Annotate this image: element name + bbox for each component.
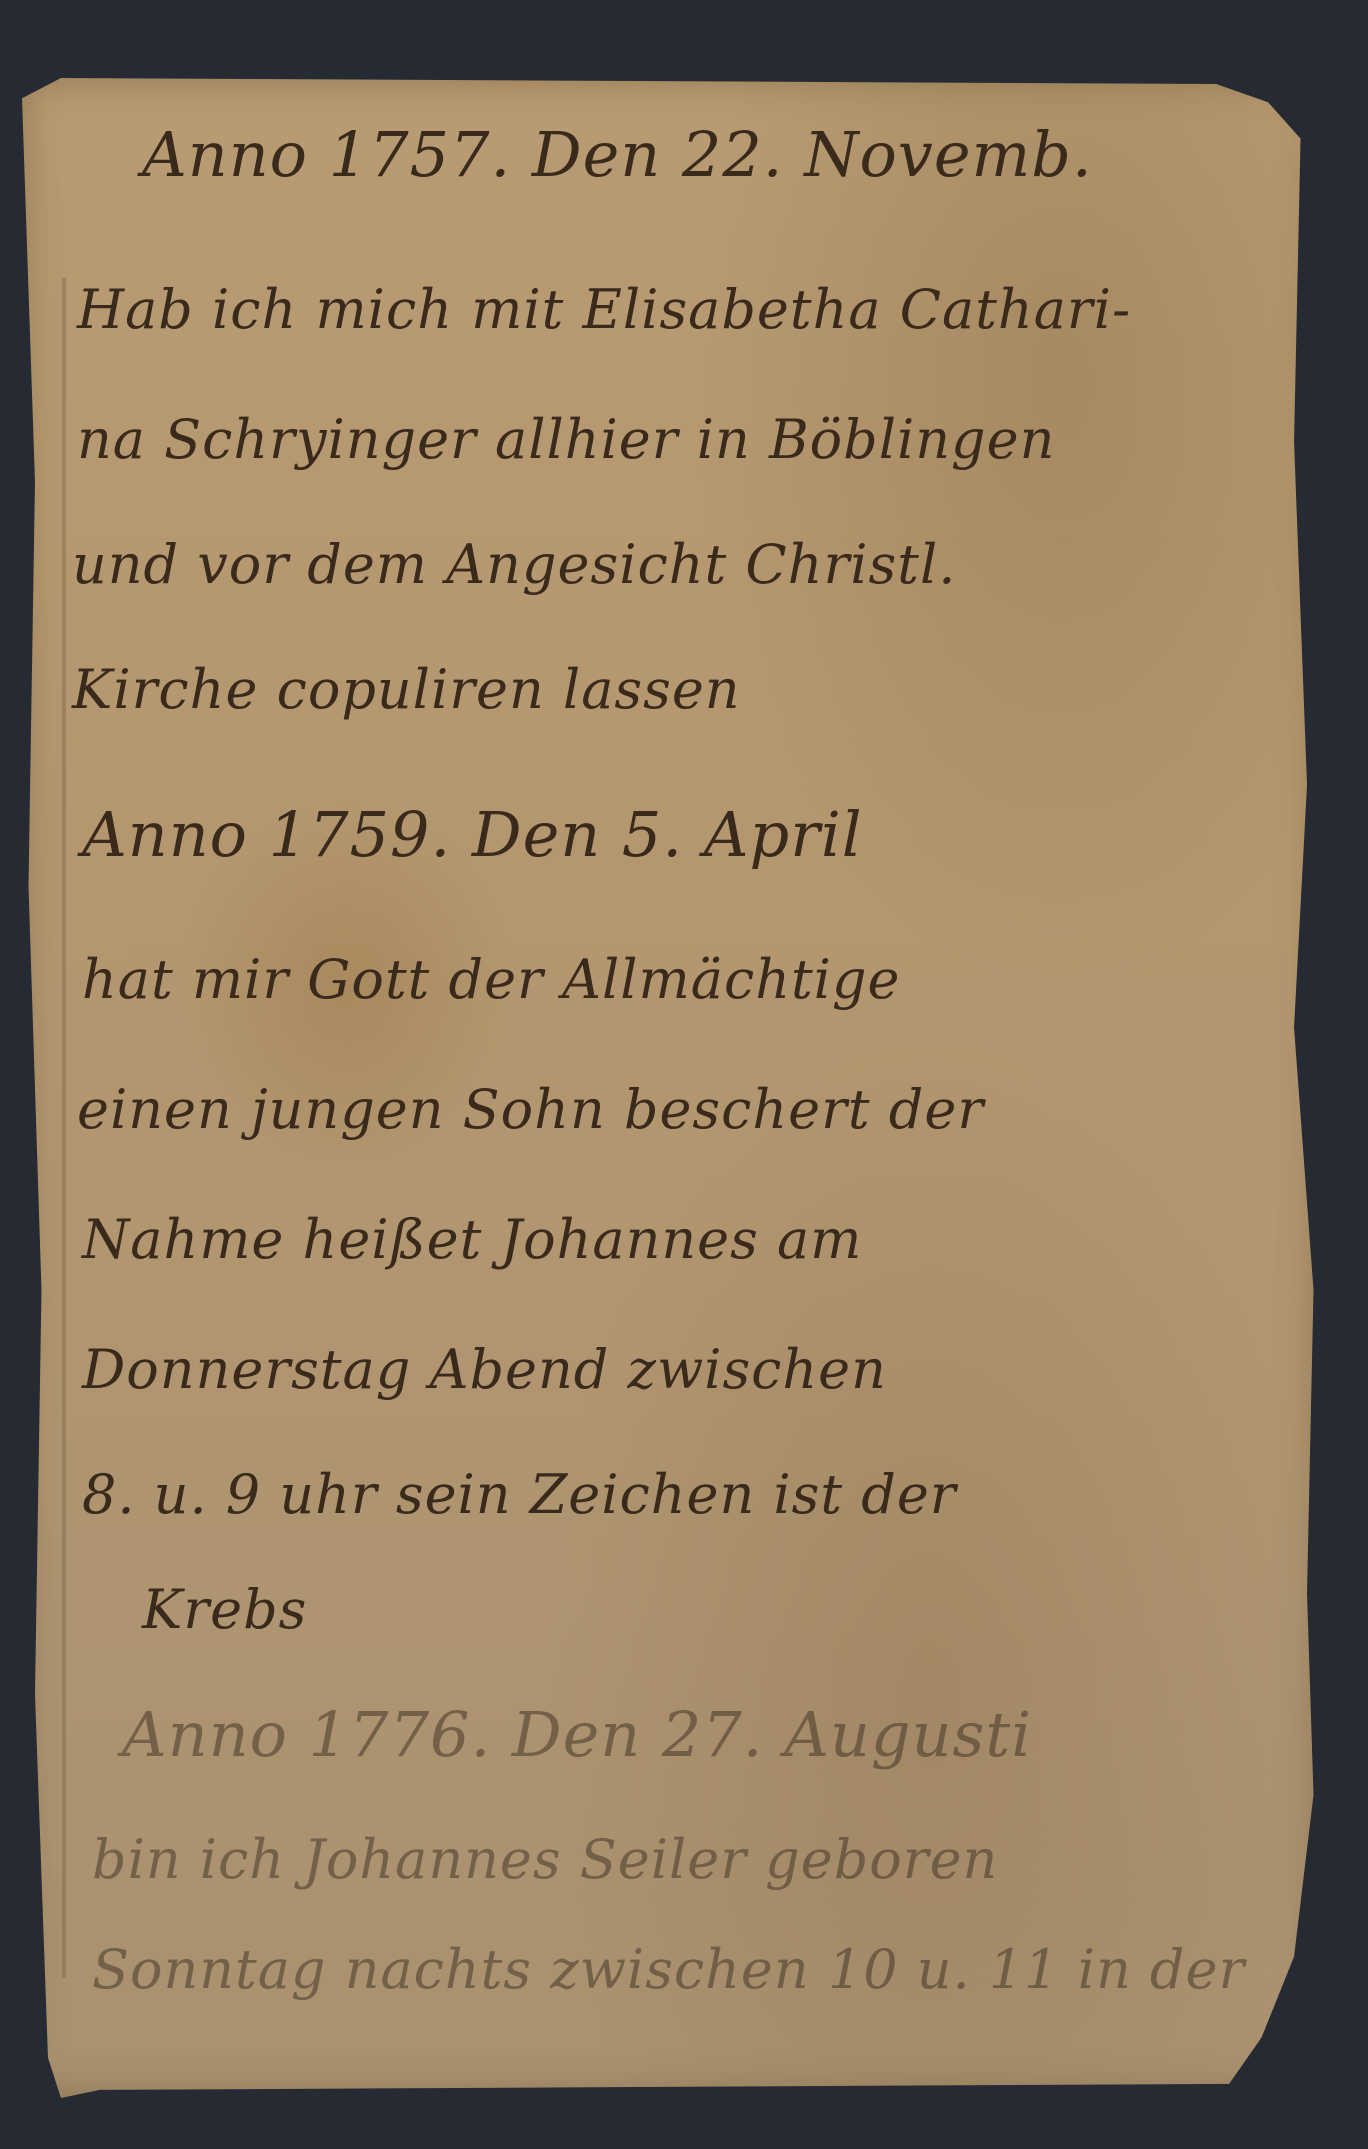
binding-margin-line <box>62 278 66 1978</box>
entry-2-line-4: Donnerstag Abend zwischen <box>82 1338 887 1401</box>
entry-3-line-1: bin ich Johannes Seiler geboren <box>92 1828 998 1891</box>
entry-3-line-2: Sonntag nachts zwischen 10 u. 11 in der <box>92 1938 1245 2001</box>
entry-2-heading: Anno 1759. Den 5. April <box>82 798 863 871</box>
entry-2-line-5: 8. u. 9 uhr sein Zeichen ist der <box>82 1463 957 1526</box>
entry-2-line-3: Nahme heißet Johannes am <box>82 1208 862 1271</box>
entry-1-line-4: Kirche copuliren lassen <box>72 658 741 721</box>
manuscript-page: Anno 1757. Den 22. Novemb. Hab ich mich … <box>22 78 1320 2098</box>
entry-2-line-2: einen jungen Sohn beschert der <box>77 1078 984 1141</box>
entry-1-line-2: na Schryinger allhier in Böblingen <box>77 408 1055 471</box>
entry-1-heading: Anno 1757. Den 22. Novemb. <box>142 118 1093 191</box>
entry-1-line-3: und vor dem Angesicht Christl. <box>72 533 956 596</box>
entry-1-line-1: Hab ich mich mit Elisabetha Cathari- <box>77 278 1131 341</box>
entry-2-line-1: hat mir Gott der Allmächtige <box>82 948 900 1011</box>
entry-2-line-6: Krebs <box>142 1578 307 1641</box>
entry-3-heading: Anno 1776. Den 27. Augusti <box>122 1698 1032 1771</box>
